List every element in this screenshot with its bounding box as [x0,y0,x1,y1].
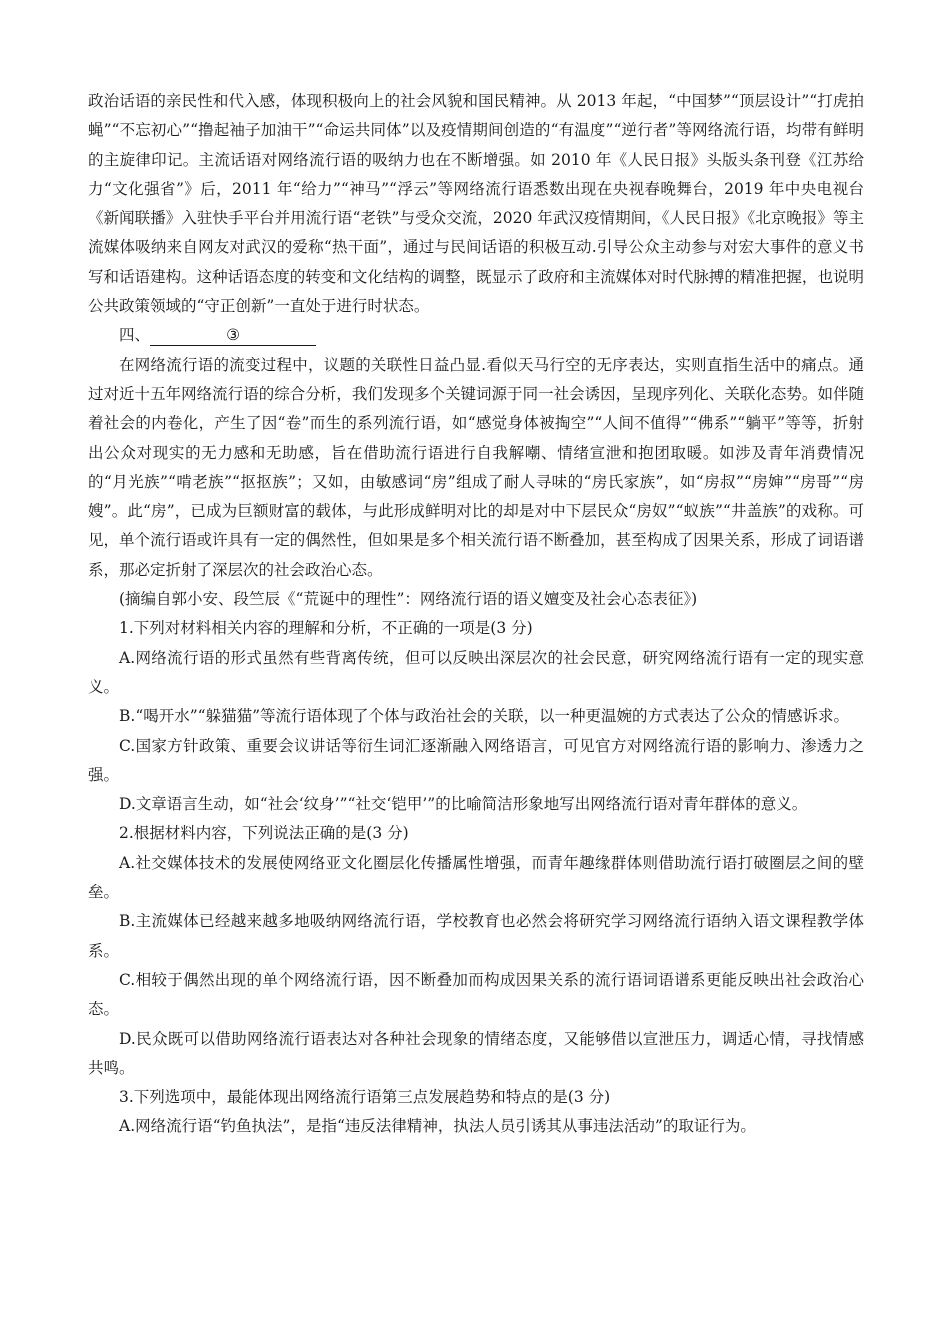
question-1-option-a: A.网络流行语的形式虽然有些背离传统，但可以反映出深层次的社会民意，研究网络流行… [88,644,864,703]
section4-heading-prefix: 四、 [119,326,150,344]
question-2-option-c: C.相较于偶然出现的单个网络流行语，因不断叠加而构成因果关系的流行语词语谱系更能… [88,966,864,1025]
exam-page: 政治话语的亲民性和代入感，体现积极向上的社会风貌和国民精神。从 2013 年起，… [88,87,864,1142]
fill-in-blank-3: ③ [150,325,316,346]
question-1-option-b: B.“喝开水”“躲猫猫”等流行语体现了个体与政治社会的关联，以一种更温婉的方式表… [88,702,864,731]
question-2-option-a: A.社交媒体技术的发展使网络亚文化圈层化传播属性增强，而青年趣缘群体则借助流行语… [88,849,864,908]
question-3-option-a: A.网络流行语“钓鱼执法”，是指“违反法律精神，执法人员引诱其从事违法活动”的取… [88,1112,864,1141]
question-1-option-c: C.国家方针政策、重要会议讲话等衍生词汇逐渐融入网络语言，可见官方对网络流行语的… [88,732,864,791]
question-2-option-d: D.民众既可以借助网络流行语表达对各种社会现象的情绪态度，又能够借以宣泄压力，调… [88,1025,864,1084]
question-1-stem: 1.下列对材料相关内容的理解和分析，不正确的一项是(3 分) [88,614,864,643]
question-3-stem: 3.下列选项中，最能体现出网络流行语第三点发展趋势和特点的是(3 分) [88,1083,864,1112]
section3-continuation-paragraph: 政治话语的亲民性和代入感，体现积极向上的社会风貌和国民精神。从 2013 年起，… [88,87,864,321]
question-1-option-d: D.文章语言生动，如“社会‘纹身’”“社交‘铠甲’”的比喻简洁形象地写出网络流行… [88,790,864,819]
citation: (摘编自郭小安、段竺辰《“荒诞中的理性”：网络流行语的语义嬗变及社会心态表征》) [88,585,864,614]
section4-body-paragraph: 在网络流行语的流变过程中，议题的关联性日益凸显.看似天马行空的无序表达，实则直指… [88,351,864,585]
question-2-option-b: B.主流媒体已经越来越多地吸纳网络流行语，学校教育也必然会将研究学习网络流行语纳… [88,907,864,966]
question-2-stem: 2.根据材料内容，下列说法正确的是(3 分) [88,819,864,848]
section4-heading: 四、③ [88,321,864,350]
